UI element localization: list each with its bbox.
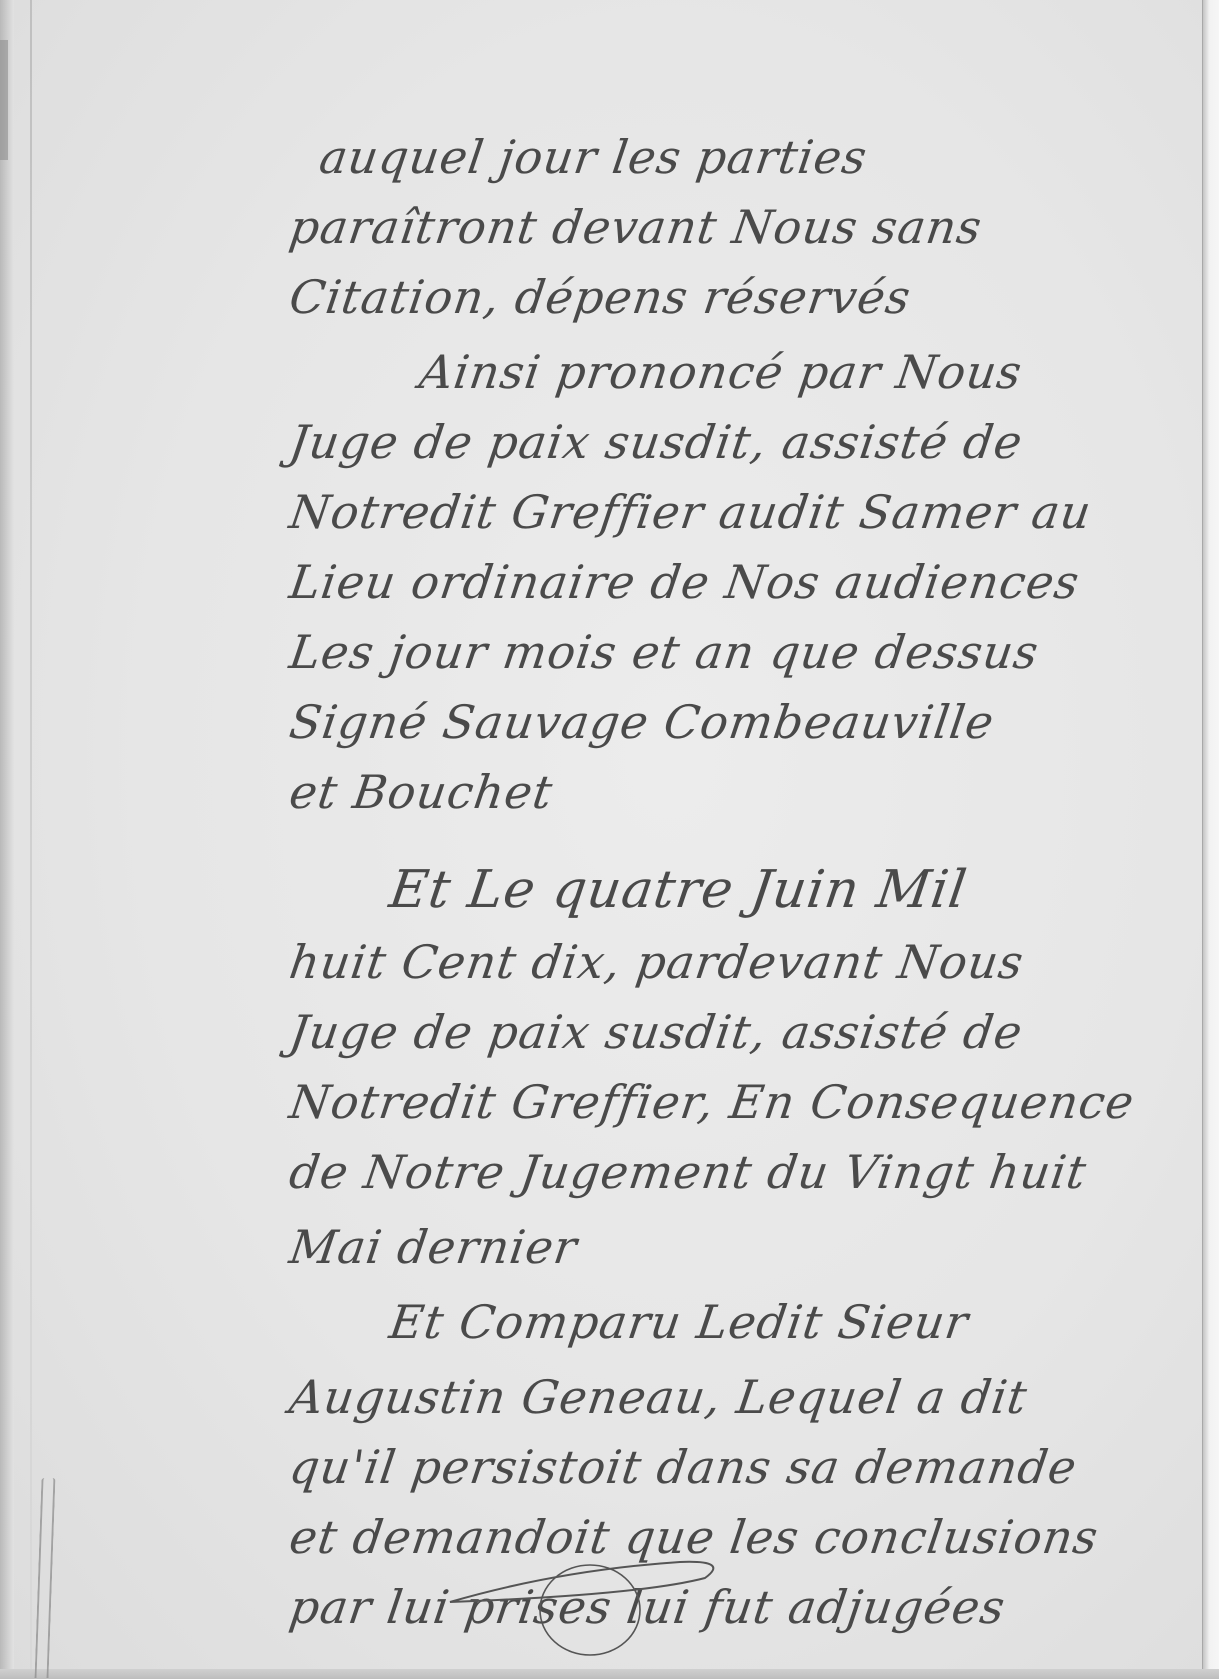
manuscript-line: Mai dernier [286,1220,581,1274]
manuscript-line: Les jour mois et an que dessus [286,625,1042,679]
manuscript-line: paraîtront devant Nous sans [286,200,985,254]
manuscript-line: Lieu ordinaire de Nos audiences [286,555,1083,609]
fold-crease [30,0,32,1679]
manuscript-line: Notredit Greffier audit Samer au [286,485,1095,539]
manuscript-line: Notredit Greffier, En Consequence [286,1075,1138,1129]
manuscript-line: de Notre Jugement du Vingt huit [286,1145,1090,1199]
manuscript-line: Et Le quatre Juin Mil [386,860,971,920]
manuscript-line: qu'il persistoit dans sa demande [286,1440,1080,1494]
right-page-edge [1202,0,1219,1679]
left-edge-shadow [0,40,8,160]
manuscript-line: huit Cent dix, pardevant Nous [286,935,1027,989]
manuscript-line: Ainsi prononcé par Nous [416,345,1025,399]
bottom-page-edge [0,1669,1219,1679]
manuscript-line: Citation, dépens réservés [286,270,914,324]
left-binding-edge [0,0,14,1679]
manuscript-line: Juge de paix susdit, assisté de [286,415,1026,469]
scanned-page: auquel jour les parties paraîtront devan… [0,0,1219,1679]
manuscript-line: auquel jour les parties [316,130,871,184]
manuscript-line: Signé Sauvage Combeauville [286,695,998,749]
signature-flourish-icon [440,1540,740,1660]
manuscript-line: Augustin Geneau, Lequel a dit [286,1370,1031,1424]
manuscript-line: Juge de paix susdit, assisté de [286,1005,1026,1059]
binding-thread [35,1478,56,1678]
manuscript-line: Et Comparu Ledit Sieur [386,1295,972,1349]
manuscript-line: et Bouchet [286,765,556,819]
